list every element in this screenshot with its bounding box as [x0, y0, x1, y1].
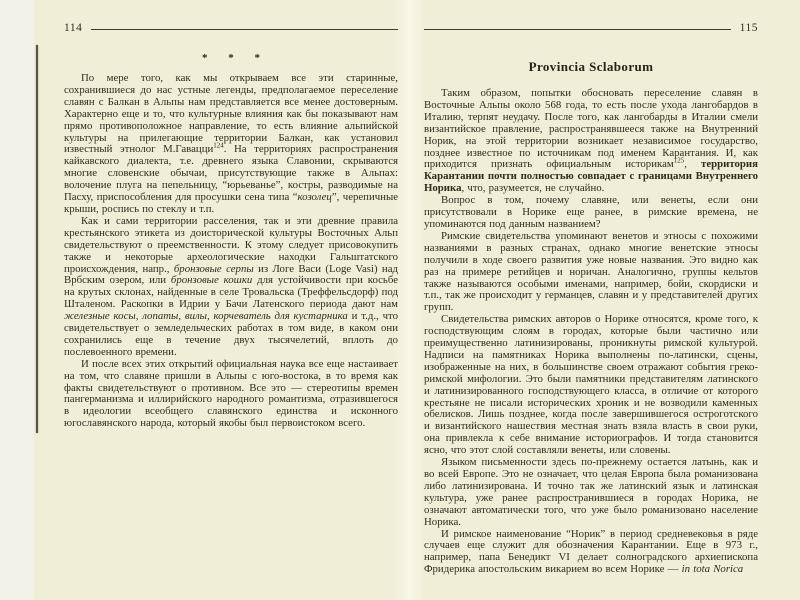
page-left: 114 * * * По мере того, как мы открываем… [64, 21, 398, 430]
paragraph: Римские свидетельства упоминают венетов … [424, 231, 758, 314]
paragraph: Языком письменности здесь по-прежнему ос… [424, 457, 758, 528]
text-run: 125 [674, 157, 685, 165]
text-run: Языком письменности здесь по-прежнему ос… [424, 456, 758, 528]
header-rule-left [91, 29, 398, 30]
paragraph: Свидетельства римских авторов о Норике о… [424, 314, 758, 457]
text-run: in tota Norica [682, 563, 744, 575]
page-edge-shadow [36, 45, 38, 433]
paragraph: И после всех этих открытий официальная н… [64, 359, 398, 430]
page-header-right: 115 [424, 21, 758, 35]
page-gutter [394, 0, 424, 600]
text-run: , что, разумеется, не случайно. [461, 182, 604, 194]
text-run: железные косы, лопаты, вилы, корчеватель… [64, 310, 348, 322]
page-header-left: 114 [64, 21, 398, 35]
text-run: Вопрос в том, почему славяне, или венеты… [424, 194, 758, 230]
text-run: козолец [298, 191, 332, 203]
chapter-title: Provincia Sclaborum [424, 59, 758, 75]
page-right: 115 Provincia Sclaborum Таким образом, п… [424, 21, 758, 576]
page-number-right: 115 [740, 22, 758, 34]
page-body-right: Таким образом, попытки обосновать пересе… [424, 88, 758, 576]
paragraph: Вопрос в том, почему славяне, или венеты… [424, 195, 758, 231]
scan-left-margin [0, 0, 34, 600]
paragraph: По мере того, как мы открываем все эти с… [64, 73, 398, 216]
header-rule-right [424, 29, 731, 30]
section-separator: * * * [64, 52, 398, 64]
text-run: бронзовые кошки [171, 274, 252, 286]
text-run: И после всех этих открытий официальная н… [64, 358, 398, 430]
text-run: Римские свидетельства упоминают венетов … [424, 230, 758, 313]
page-number-left: 114 [64, 22, 82, 34]
book-scan: 114 * * * По мере того, как мы открываем… [0, 0, 800, 600]
text-run: 124 [213, 142, 224, 150]
paragraph: Таким образом, попытки обосновать пересе… [424, 88, 758, 195]
text-run: бронзовые серпы [174, 263, 254, 275]
text-run: , [684, 158, 701, 170]
page-body-left: По мере того, как мы открываем все эти с… [64, 73, 398, 430]
paragraph: Как и сами территории расселения, так и … [64, 216, 398, 359]
paragraph: И римское наименование “Норик” в период … [424, 529, 758, 577]
text-run: Свидетельства римских авторов о Норике о… [424, 313, 758, 456]
